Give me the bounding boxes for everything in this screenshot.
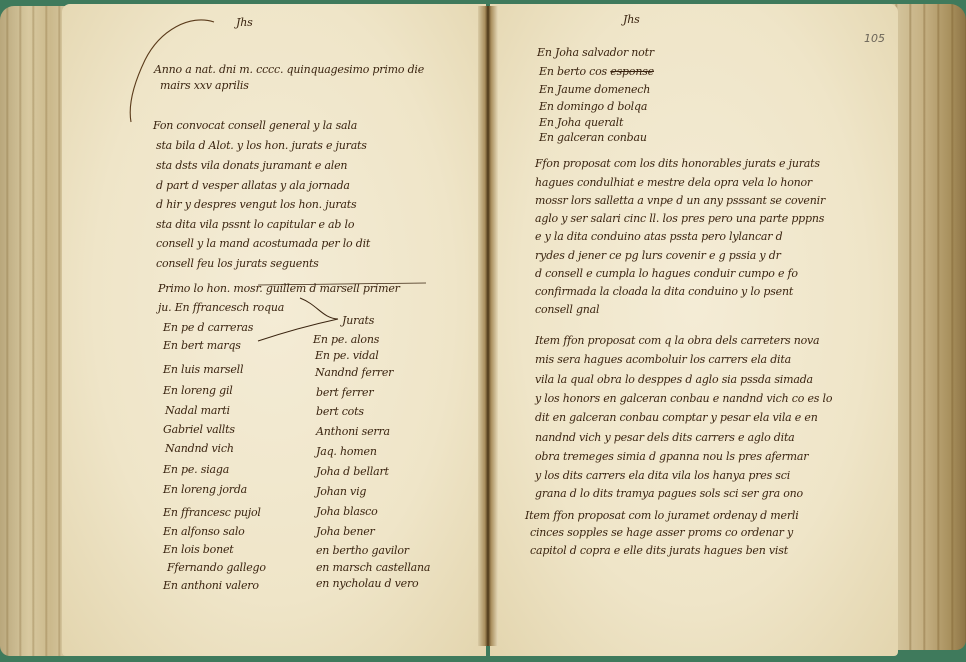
paragraph-line: Item ffon proposat com lo juramet ordena…	[525, 510, 799, 521]
paragraph-line: Item ffon proposat com q la obra dels ca…	[535, 335, 819, 346]
paragraph-line: confirmada la cloada la dita conduino y …	[535, 286, 793, 297]
paragraph-line: rydes d jener ce pg lurs covenir e g pss…	[535, 250, 781, 261]
paragraph-line: aglo y ser salari cinc ll. los pres pero…	[535, 213, 824, 224]
list-item: En alfonso salo	[163, 526, 245, 537]
paragraph-line: d part d vesper allatas y ala jornada	[156, 180, 350, 191]
paragraph-line: dit en galceran conbau comptar y pesar e…	[535, 412, 818, 423]
paragraph-line: capitol d copra e elle dits jurats hague…	[530, 545, 788, 556]
list-item: En pe. alons	[313, 334, 379, 345]
right-header-mark: Jhs	[623, 14, 640, 25]
paragraph-line: nandnd vich y pesar dels dits carrers e …	[535, 432, 795, 443]
list-item: bert cots	[316, 406, 364, 417]
list-item: Nandnd ferrer	[315, 367, 393, 378]
paragraph-line: sta dsts vila donats juramant e alen	[156, 160, 347, 171]
paragraph-line: mossr lors salletta a vnpe d un any psss…	[535, 195, 825, 206]
paragraph-line: hagues condulhiat e mestre dela opra vel…	[535, 177, 812, 188]
open-manuscript: Jhs Anno a nat. dni m. cccc. quinquagesi…	[0, 0, 966, 662]
paragraph-line: mis sera hagues acomboluir los carrers e…	[535, 354, 791, 365]
list-item: Joha d bellart	[316, 466, 389, 477]
paragraph-line: cinces sopples se hage asser proms co or…	[530, 527, 793, 538]
struck-word: esponse	[610, 65, 654, 78]
opening-line: Anno a nat. dni m. cccc. quinquagesimo p…	[154, 64, 424, 75]
jurats-bracket-label: Jurats	[342, 315, 374, 326]
list-item: En pe. siaga	[163, 464, 229, 475]
list-item: En loreng jorda	[163, 484, 247, 495]
list-item: En domingo d bolqa	[539, 101, 647, 112]
paragraph-line: d hir y despres vengut los hon. jurats	[156, 199, 356, 210]
list-item: En galceran conbau	[539, 132, 647, 143]
right-page-stack-edge	[888, 4, 966, 650]
paragraph-line: consell y la mand acostumada per lo dit	[156, 238, 370, 249]
list-item: en bertho gavilor	[316, 545, 409, 556]
left-folio	[62, 4, 486, 656]
list-item: Joha blasco	[316, 506, 378, 517]
list-item: Joha bener	[316, 526, 375, 537]
list-item: En lois bonet	[163, 544, 234, 555]
paragraph-line: sta dita vila pssnt lo capitular e ab lo	[156, 219, 354, 230]
binding-gutter	[478, 6, 498, 646]
paragraph-line: e y la dita conduino atas pssta pero lyl…	[535, 231, 782, 242]
paragraph-line: y los dits carrers ela dita vila los han…	[535, 470, 790, 481]
list-item: Johan vig	[316, 486, 366, 497]
list-item: en marsch castellana	[316, 562, 430, 573]
paragraph-line: Fon convocat consell general y la sala	[153, 120, 357, 131]
list-item: bert ferrer	[316, 387, 373, 398]
opening-line: mairs xxv aprilis	[160, 80, 249, 91]
paragraph-line: sta bila d Alot. y los hon. jurats e jur…	[156, 140, 367, 151]
paragraph-line: obra tremeges simia d gpanna nou ls pres…	[535, 451, 808, 462]
folio-number: 105	[864, 32, 885, 45]
paragraph-line: Ffon proposat com los dits honorables ju…	[535, 158, 820, 169]
paragraph-line: y los honors en galceran conbau e nandnd…	[535, 393, 832, 404]
list-item: En pe. vidal	[315, 350, 379, 361]
list-item: En berto cos esponse	[539, 66, 654, 77]
list-item: Nadal marti	[165, 405, 230, 416]
list-item: en nycholau d vero	[316, 578, 418, 589]
paragraph-line: grana d lo dits tramya pagues sols sci s…	[535, 488, 803, 499]
list-item: En Jaume domenech	[539, 84, 650, 95]
paragraph-line: d consell e cumpla lo hagues conduir cum…	[535, 268, 798, 279]
left-header-mark: Jhs	[236, 17, 253, 28]
paragraph-line: vila la qual obra lo desppes d aglo sia …	[535, 374, 813, 385]
list-item: En Joha queralt	[539, 117, 623, 128]
list-item: En ffrancesc pujol	[163, 507, 261, 518]
name-text: En berto cos	[539, 65, 607, 78]
list-item: En loreng gil	[163, 385, 233, 396]
list-intro-line: ju. En ffrancesch roqua	[158, 302, 284, 313]
list-item: Ffernando gallego	[167, 562, 266, 573]
list-item: En bert marqs	[163, 340, 241, 351]
list-item: Anthoni serra	[316, 426, 390, 437]
paragraph-line: consell feu los jurats seguents	[156, 258, 319, 269]
list-item: En Joha salvador notr	[537, 47, 654, 58]
list-item: Nandnd vich	[165, 443, 234, 454]
list-item: En luis marsell	[163, 364, 243, 375]
list-item: En anthoni valero	[163, 580, 259, 591]
paragraph-line: consell gnal	[535, 304, 599, 315]
list-item: Gabriel vallts	[163, 424, 235, 435]
list-item: Jaq. homen	[316, 446, 377, 457]
list-intro-line: Primo lo hon. mosr. guillem d marsell pr…	[158, 283, 400, 294]
list-item: En pe d carreras	[163, 322, 253, 333]
